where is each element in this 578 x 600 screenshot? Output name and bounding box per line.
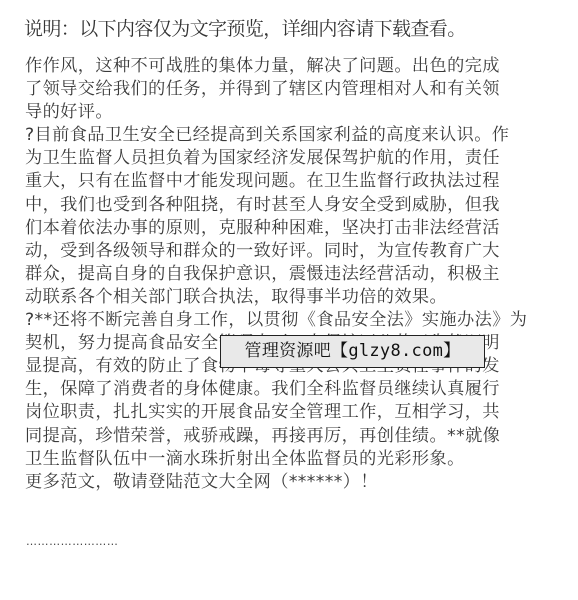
document-line: 同提高，珍惜荣誉，戒骄戒躁，再接再厉，再创佳绩。**就像 [25, 425, 555, 448]
document-line: 作作风，这种不可战胜的集体力量，解决了问题。出色的完成 [25, 55, 555, 78]
document-line: 动联系各个相关部门联合执法，取得事半功倍的效果。 [25, 286, 555, 309]
document-line: 了领导交给我们的任务，并得到了辖区内管理相对人和有关领 [25, 78, 555, 101]
document-line: 岗位职责，扎扎实实的开展食品安全管理工作，互相学习，共 [25, 401, 555, 424]
watermark-banner: 管理资源吧【glzy8.com】 [220, 335, 485, 368]
document-line: 动，受到各级领导和群众的一致好评。同时，为宣传教育广大 [25, 240, 555, 263]
document-line: 导的好评。 [25, 101, 555, 124]
document-line: 卫生监督队伍中一滴水珠折射出全体监督员的光彩形象。 [25, 448, 555, 471]
document-line: 重大，只有在监督中才能发现问题。在卫生监督行政执法过程 [25, 170, 555, 193]
document-line: 生，保障了消费者的身体健康。我们全科监督员继续认真履行 [25, 378, 555, 401]
document-line: 更多范文，敬请登陆范文大全网（******）！ [25, 471, 555, 494]
trailing-dots: …………………… [26, 536, 118, 548]
document-line: 中，我们也受到各种阻挠，有时甚至人身安全受到威胁，但我 [25, 194, 555, 217]
document-line: ?目前食品卫生安全已经提高到关系国家利益的高度来认识。作 [25, 124, 555, 147]
document-line: ?**还将不断完善自身工作，以贯彻《食品安全法》实施办法》为 [25, 309, 555, 332]
document-line: 为卫生监督人员担负着为国家经济发展保驾护航的作用，责任 [25, 147, 555, 170]
document-body: 作作风，这种不可战胜的集体力量，解决了问题。出色的完成 了领导交给我们的任务，并… [25, 55, 555, 494]
document-line: 群众，提高自身的自我保护意识，震慑违法经营活动，积极主 [25, 263, 555, 286]
preview-notice: 说明：以下内容仅为文字预览，详细内容请下载查看。 [24, 16, 466, 42]
document-line: 们本着依法办事的原则，克服种种困难，坚决打击非法经营活 [25, 217, 555, 240]
